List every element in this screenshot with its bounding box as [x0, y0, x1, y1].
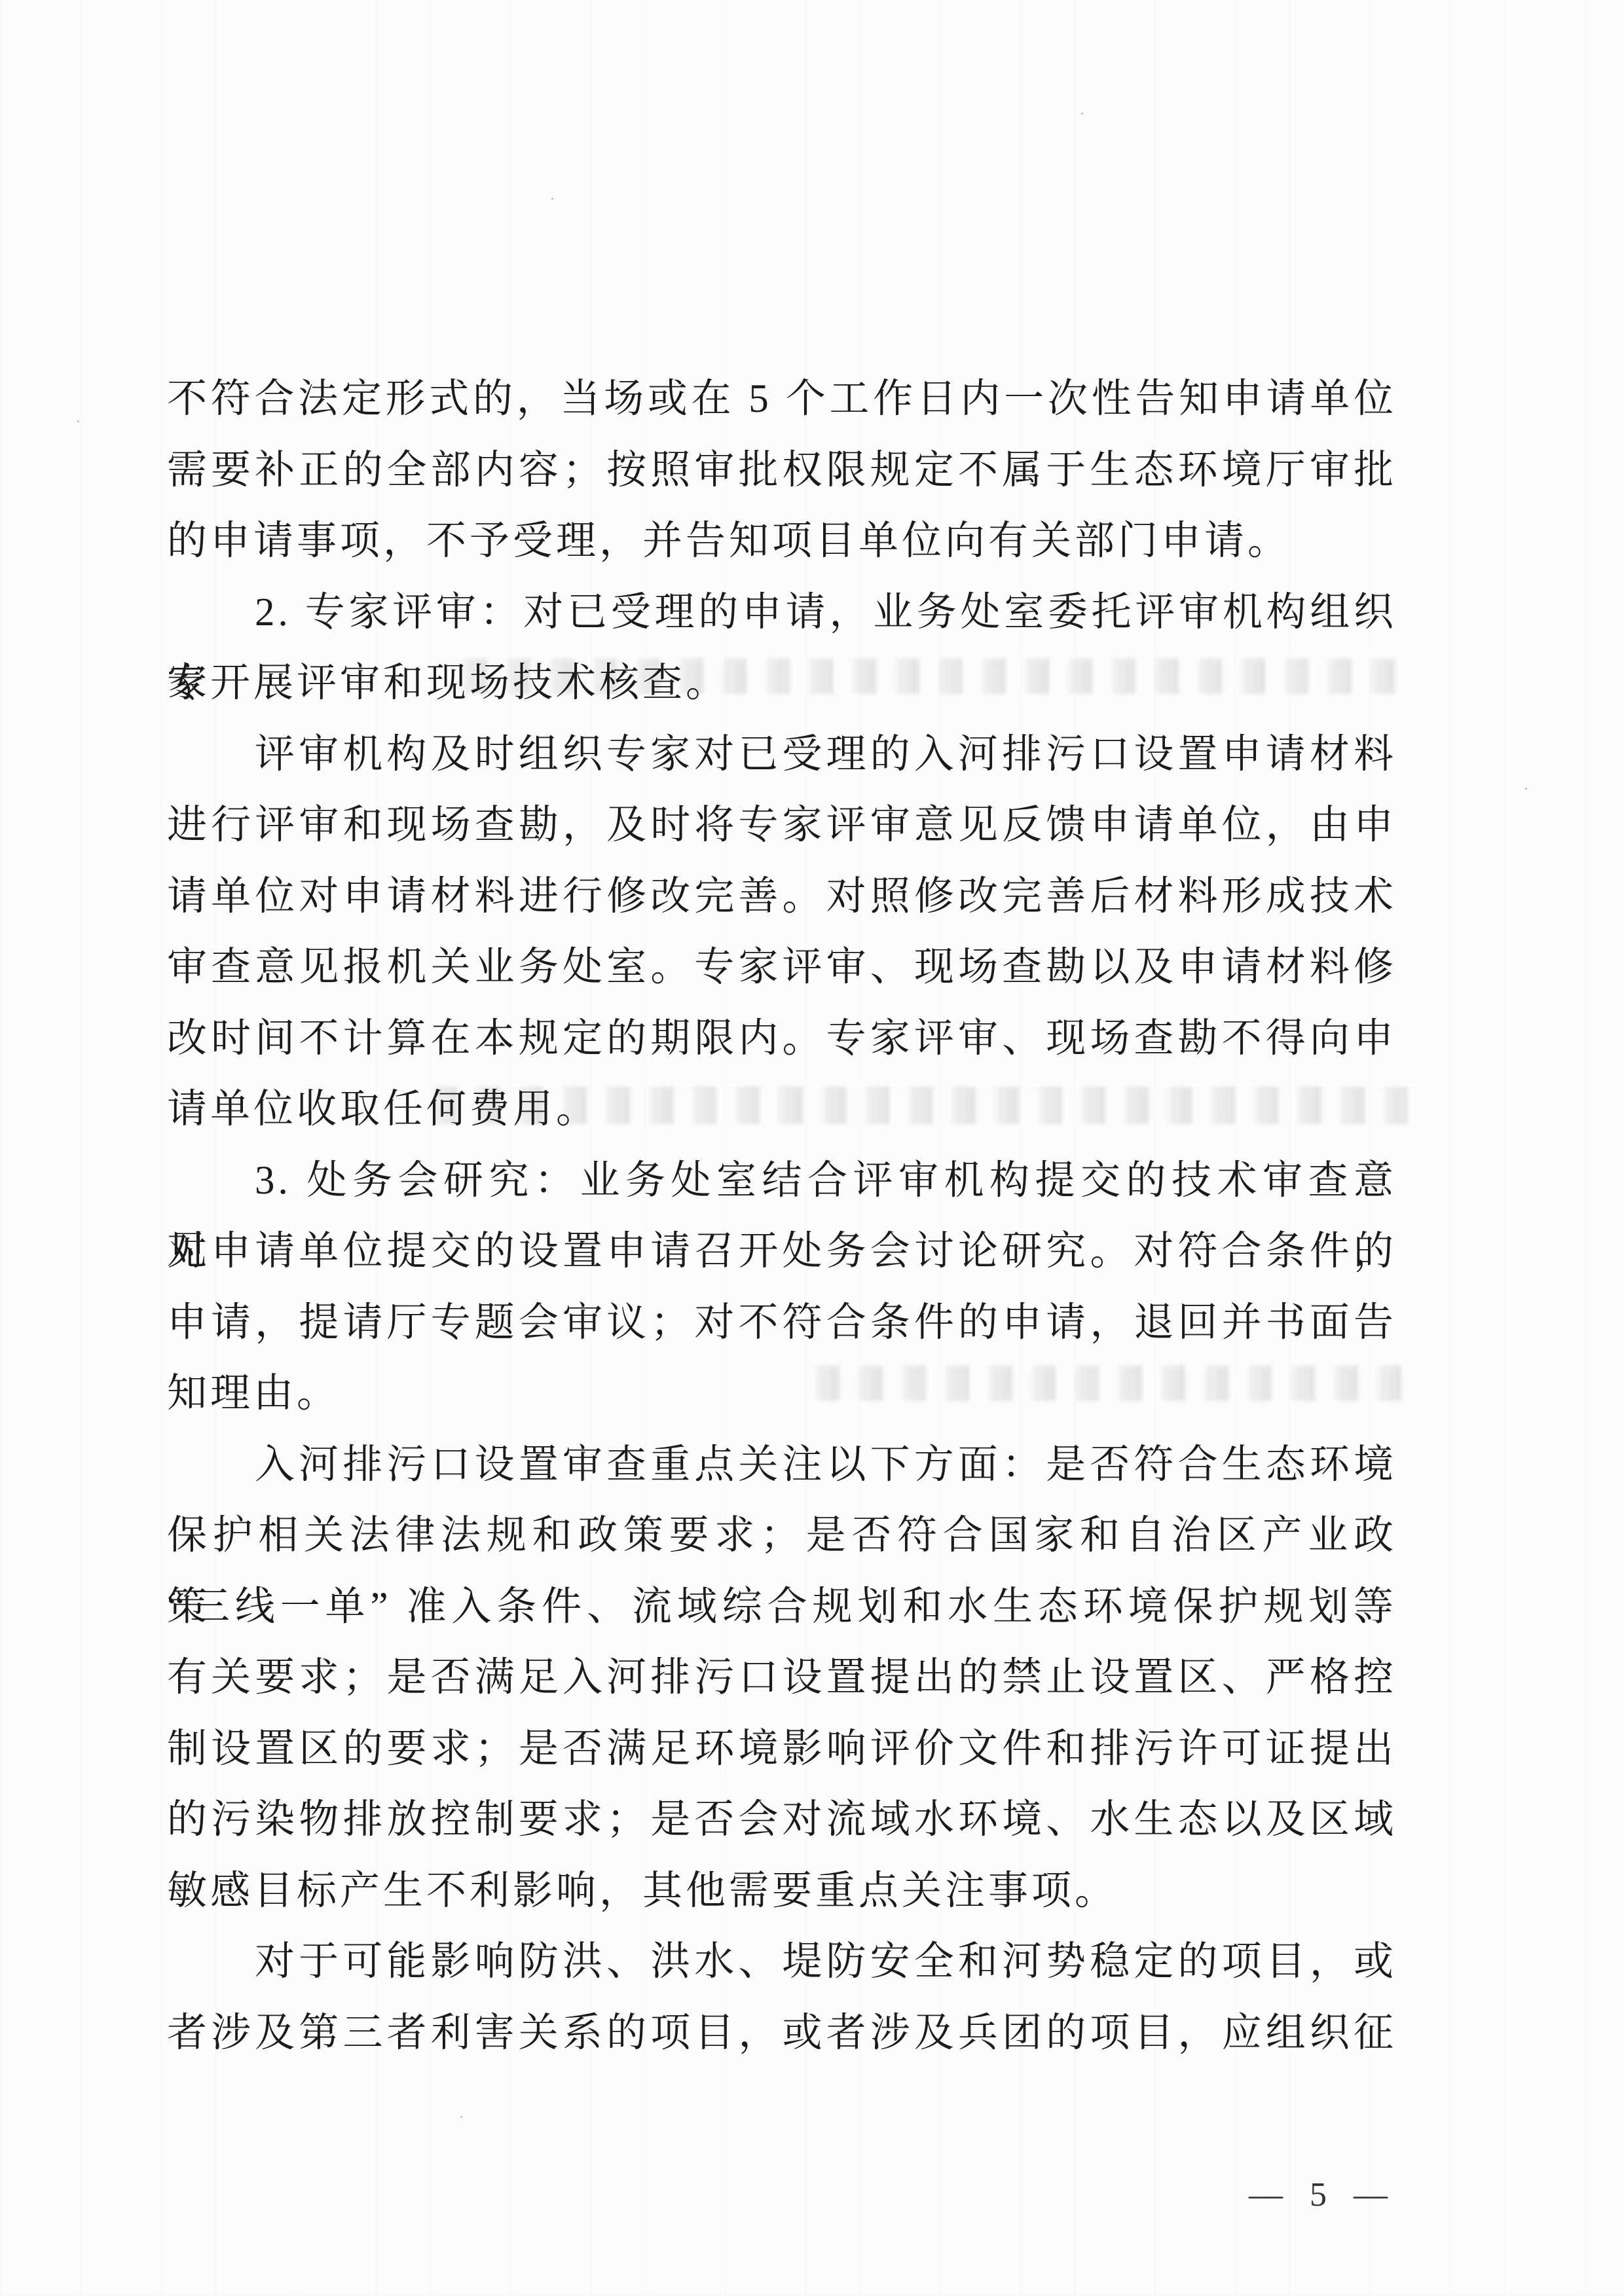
text-line: 请单位对申请材料进行修改完善。对照修改完善后材料形成技术 [167, 862, 1397, 933]
text-line: 对申请单位提交的设置申请召开处务会讨论研究。对符合条件的 [167, 1216, 1397, 1288]
page-number: — 5 — [1238, 2172, 1408, 2218]
scanned-document-page: 不符合法定形式的，当场或在 5 个工作日内一次性告知申请单位需要补正的全部内容；… [0, 0, 1624, 2296]
text-line: 进行评审和现场查勘，及时将专家评审意见反馈申请单位，由申 [167, 790, 1397, 862]
text-line: “三线一单” 准入条件、流域综合规划和水生态环境保护规划等 [167, 1572, 1397, 1643]
text-line: 敏感目标产生不利影响，其他需要重点关注事项。 [167, 1856, 1397, 1927]
text-line: 的污染物排放控制要求；是否会对流域水环境、水生态以及区域 [167, 1785, 1397, 1856]
text-block: 不符合法定形式的，当场或在 5 个工作日内一次性告知申请单位需要补正的全部内容；… [167, 364, 1397, 2069]
scan-speck [77, 420, 79, 422]
text-line: 需要补正的全部内容；按照审批权限规定不属于生态环境厅审批 [167, 435, 1397, 507]
text-line: 改时间不计算在本规定的期限内。专家评审、现场查勘不得向申 [167, 1004, 1397, 1075]
text-line: 请单位收取任何费用。 [167, 1074, 1397, 1146]
text-line: 知理由。 [167, 1358, 1397, 1430]
text-line: 评审机构及时组织专家对已受理的入河排污口设置申请材料 [167, 720, 1397, 791]
text-line: 的申请事项，不予受理，并告知项目单位向有关部门申请。 [167, 506, 1397, 577]
scan-speck [1081, 113, 1083, 115]
scan-speck [460, 2116, 462, 2118]
scan-speck [551, 198, 553, 200]
text-line: 申请，提请厅专题会审议；对不符合条件的申请，退回并书面告 [167, 1288, 1397, 1359]
text-line: 家开展评审和现场技术核查。 [167, 648, 1397, 720]
text-line: 入河排污口设置审查重点关注以下方面：是否符合生态环境 [167, 1430, 1397, 1501]
text-line: 有关要求；是否满足入河排污口设置提出的禁止设置区、严格控 [167, 1643, 1397, 1714]
text-line: 2. 专家评审：对已受理的申请，业务处室委托评审机构组织专 [167, 577, 1397, 649]
text-line: 保护相关法律法规和政策要求；是否符合国家和自治区产业政策、 [167, 1501, 1397, 1572]
text-line: 不符合法定形式的，当场或在 5 个工作日内一次性告知申请单位 [167, 364, 1397, 435]
text-line: 对于可能影响防洪、洪水、堤防安全和河势稳定的项目，或 [167, 1927, 1397, 1998]
text-line: 制设置区的要求；是否满足环境影响评价文件和排污许可证提出 [167, 1714, 1397, 1785]
text-line: 3. 处务会研究：业务处室结合评审机构提交的技术审查意见， [167, 1146, 1397, 1217]
text-line: 者涉及第三者利害关系的项目，或者涉及兵团的项目，应组织征 [167, 1998, 1397, 2069]
text-line: 审查意见报机关业务处室。专家评审、现场查勘以及申请材料修 [167, 932, 1397, 1004]
scan-speck [1525, 788, 1527, 790]
